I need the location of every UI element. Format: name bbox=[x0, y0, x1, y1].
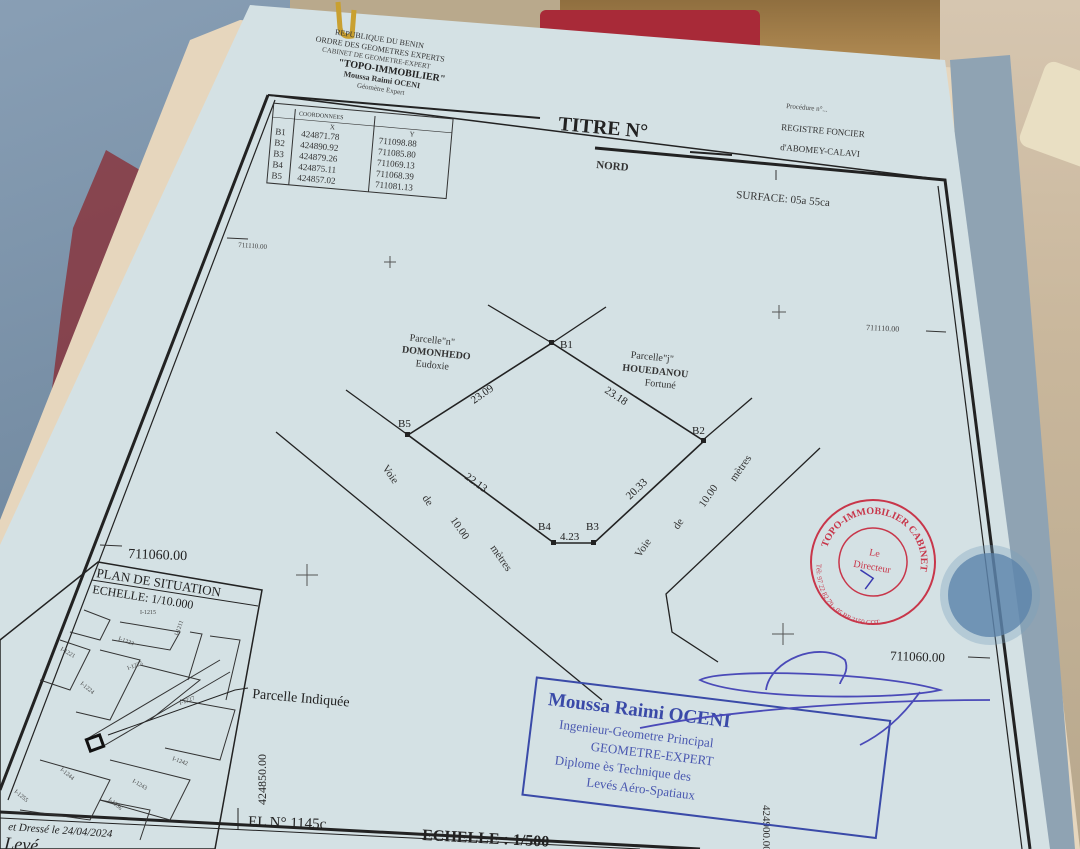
svg-text:B1: B1 bbox=[560, 339, 573, 351]
coord-cell-pt: B2 bbox=[274, 137, 285, 148]
coord-cell-pt: B5 bbox=[271, 170, 283, 181]
svg-text:711060.00: 711060.00 bbox=[890, 648, 945, 665]
svg-text:EL N° 1145c: EL N° 1145c bbox=[248, 814, 327, 833]
survey-plan-document: REPUBLIQUE DU BENIN ORDRE DES GEOMETRES … bbox=[0, 0, 1080, 849]
svg-text:B2: B2 bbox=[692, 425, 705, 437]
assistive-button-core[interactable] bbox=[948, 553, 1032, 637]
svg-text:424900.00: 424900.00 bbox=[760, 805, 772, 849]
svg-text:B3: B3 bbox=[586, 521, 599, 533]
svg-text:B5: B5 bbox=[398, 418, 411, 430]
svg-text:I-1215: I-1215 bbox=[140, 610, 156, 616]
svg-text:B4: B4 bbox=[538, 521, 551, 533]
svg-text:424850.00: 424850.00 bbox=[255, 754, 269, 805]
coord-cell-pt: B3 bbox=[273, 148, 285, 159]
coord-cell-pt: B1 bbox=[275, 126, 286, 137]
floating-assistive-button[interactable] bbox=[940, 545, 1040, 645]
coord-cell-pt: B4 bbox=[272, 159, 284, 170]
svg-text:711060.00: 711060.00 bbox=[128, 547, 187, 564]
svg-text:Levé: Levé bbox=[3, 833, 40, 849]
svg-text:711110.00: 711110.00 bbox=[866, 323, 900, 334]
svg-text:4.23: 4.23 bbox=[560, 531, 580, 543]
